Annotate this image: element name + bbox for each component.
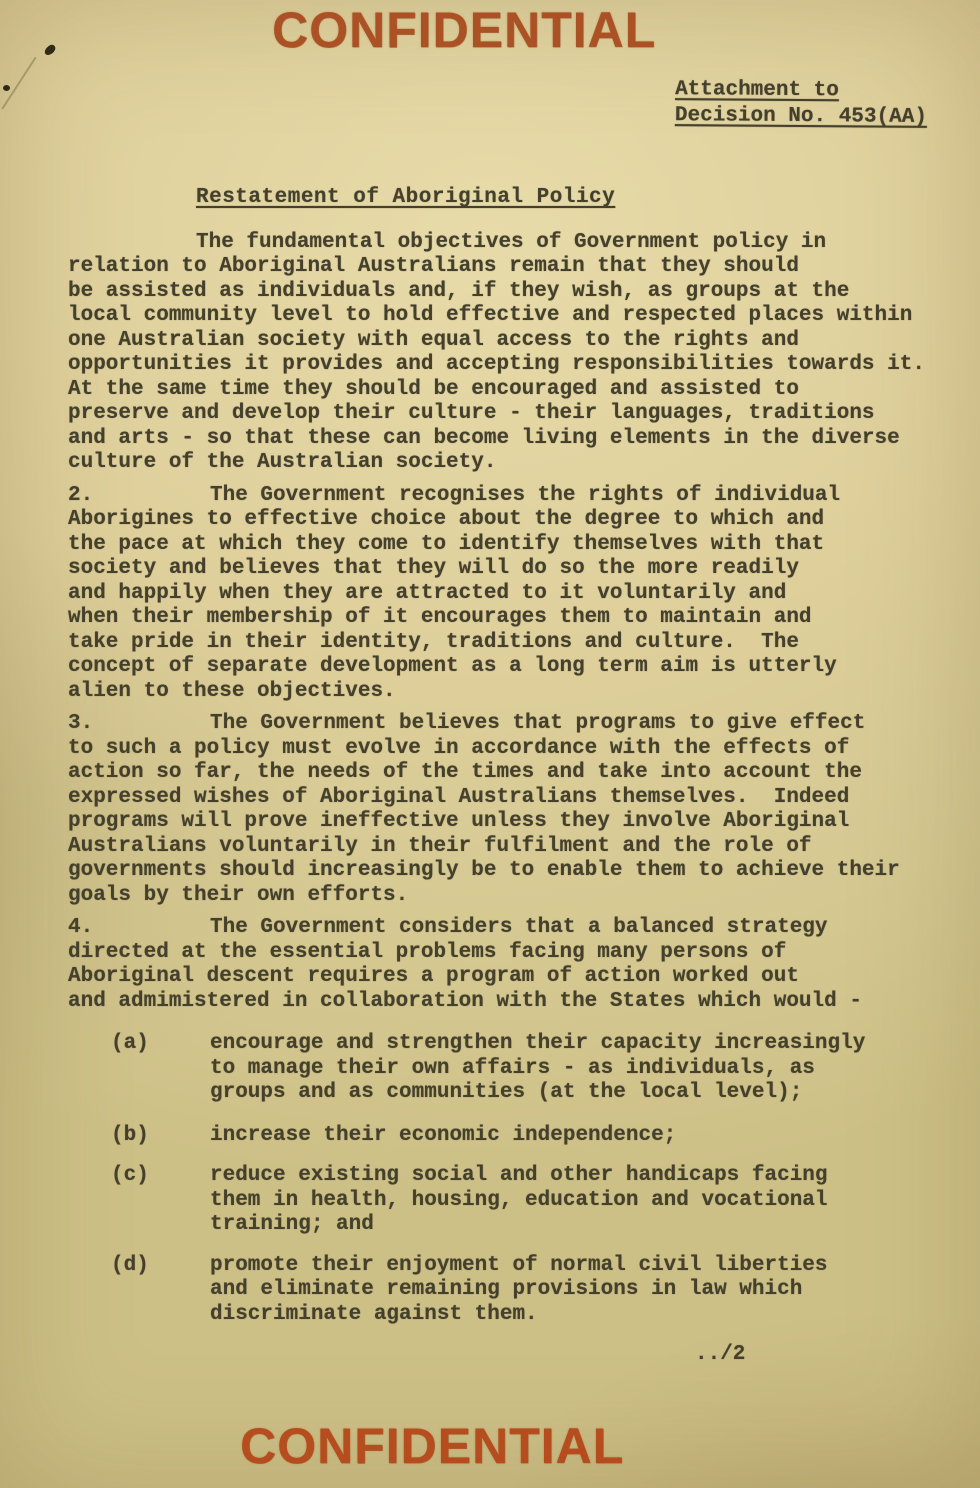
ink-speck [3,85,10,91]
document-title: Restatement of Aboriginal Policy [196,186,968,211]
attachment-reference-line2: Decision No. 453(AA) [675,103,927,131]
text-line: promote their enjoyment of normal civil … [210,1254,968,1279]
text-line: concept of separate development as a lon… [68,655,968,680]
paragraph-3: 3. The Government believes that programs… [68,712,968,908]
text-line: preserve and develop their culture - the… [68,402,968,427]
text-line: groups and as communities (at the local … [210,1081,968,1106]
scanned-document-page: CONFIDENTIAL Attachment to Decision No. … [0,0,980,1488]
paragraph-4: 4. The Government considers that a balan… [68,916,968,1014]
text-line: Aboriginal descent requires a program of… [68,965,968,990]
text-line: society and believes that they will do s… [68,557,968,582]
paper-scratch-mark [1,57,36,110]
text-line: be assisted as individuals and, if they … [68,280,968,305]
text-line: At the same time they should be encourag… [68,378,968,403]
confidential-stamp-bottom: CONFIDENTIAL [240,1418,624,1474]
text-line: the pace at which they come to identify … [68,533,968,558]
attachment-reference-line1: Attachment to [675,77,927,105]
text-line: The Government considers that a balanced… [68,916,968,941]
text-line: opportunities it provides and accepting … [68,353,968,378]
list-label: (a) [111,1032,149,1057]
text-line: Aborigines to effective choice about the… [68,508,968,533]
text-line: discriminate against them. [210,1303,968,1328]
list-item-d: (d) promote their enjoyment of normal ci… [68,1254,968,1328]
text-line: and arts - so that these can become livi… [68,427,968,452]
text-line: and eliminate remaining provisions in la… [210,1278,968,1303]
list-label: (b) [111,1124,149,1149]
list-item-c: (c) reduce existing social and other han… [68,1164,968,1238]
text-line: and admimistered in collaboration with t… [68,990,968,1015]
confidential-stamp-top: CONFIDENTIAL [272,2,656,58]
paragraph-number: 4. [68,916,93,941]
text-line: expressed wishes of Aboriginal Australia… [68,786,968,811]
paragraph-1: The fundamental objectives of Government… [68,231,968,476]
text-line: culture of the Australian society. [68,451,968,476]
text-line: to such a policy must evolve in accordan… [68,737,968,762]
text-line: Australians voluntarily in their fulfilm… [68,835,968,860]
text-line: directed at the essential problems facin… [68,941,968,966]
page-continuation-marker: ../2 [695,1343,968,1368]
text-line: encourage and strengthen their capacity … [210,1032,968,1057]
text-line: programs will prove ineffective unless t… [68,810,968,835]
list-label: (d) [111,1254,149,1279]
text-line: The Government recognises the rights of … [68,484,968,509]
text-line: training; and [210,1213,968,1238]
text-line: reduce existing social and other handica… [210,1164,968,1189]
text-line: alien to these objectives. [68,680,968,705]
text-line: them in health, housing, education and v… [210,1189,968,1214]
text-line: relation to Aboriginal Australians remai… [68,255,968,280]
text-line: The fundamental objectives of Government… [68,231,968,256]
text-line: take pride in their identity, traditions… [68,631,968,656]
attachment-reference: Attachment to Decision No. 453(AA) [675,77,927,131]
text-line: increase their economic independence; [210,1124,968,1149]
list-label: (c) [111,1164,149,1189]
text-line: when their membership of it encourages t… [68,606,968,631]
text-line: governments should increasingly be to en… [68,859,968,884]
text-line: action so far, the needs of the times an… [68,761,968,786]
ink-speck [43,43,57,56]
list-item-a: (a) encourage and strengthen their capac… [68,1032,968,1106]
text-line: local community level to hold effective … [68,304,968,329]
text-line: and happily when they are attracted to i… [68,582,968,607]
text-line: The Government believes that programs to… [68,712,968,737]
text-line: goals by their own efforts. [68,884,968,909]
paragraph-number: 2. [68,484,93,509]
paragraph-2: 2. The Government recognises the rights … [68,484,968,705]
text-line: one Australian society with equal access… [68,329,968,354]
paragraph-number: 3. [68,712,93,737]
list-item-b: (b) increase their economic independence… [68,1124,968,1149]
text-line: to manage their own affairs - as individ… [210,1057,968,1082]
document-body: Restatement of Aboriginal Policy The fun… [68,186,968,1368]
